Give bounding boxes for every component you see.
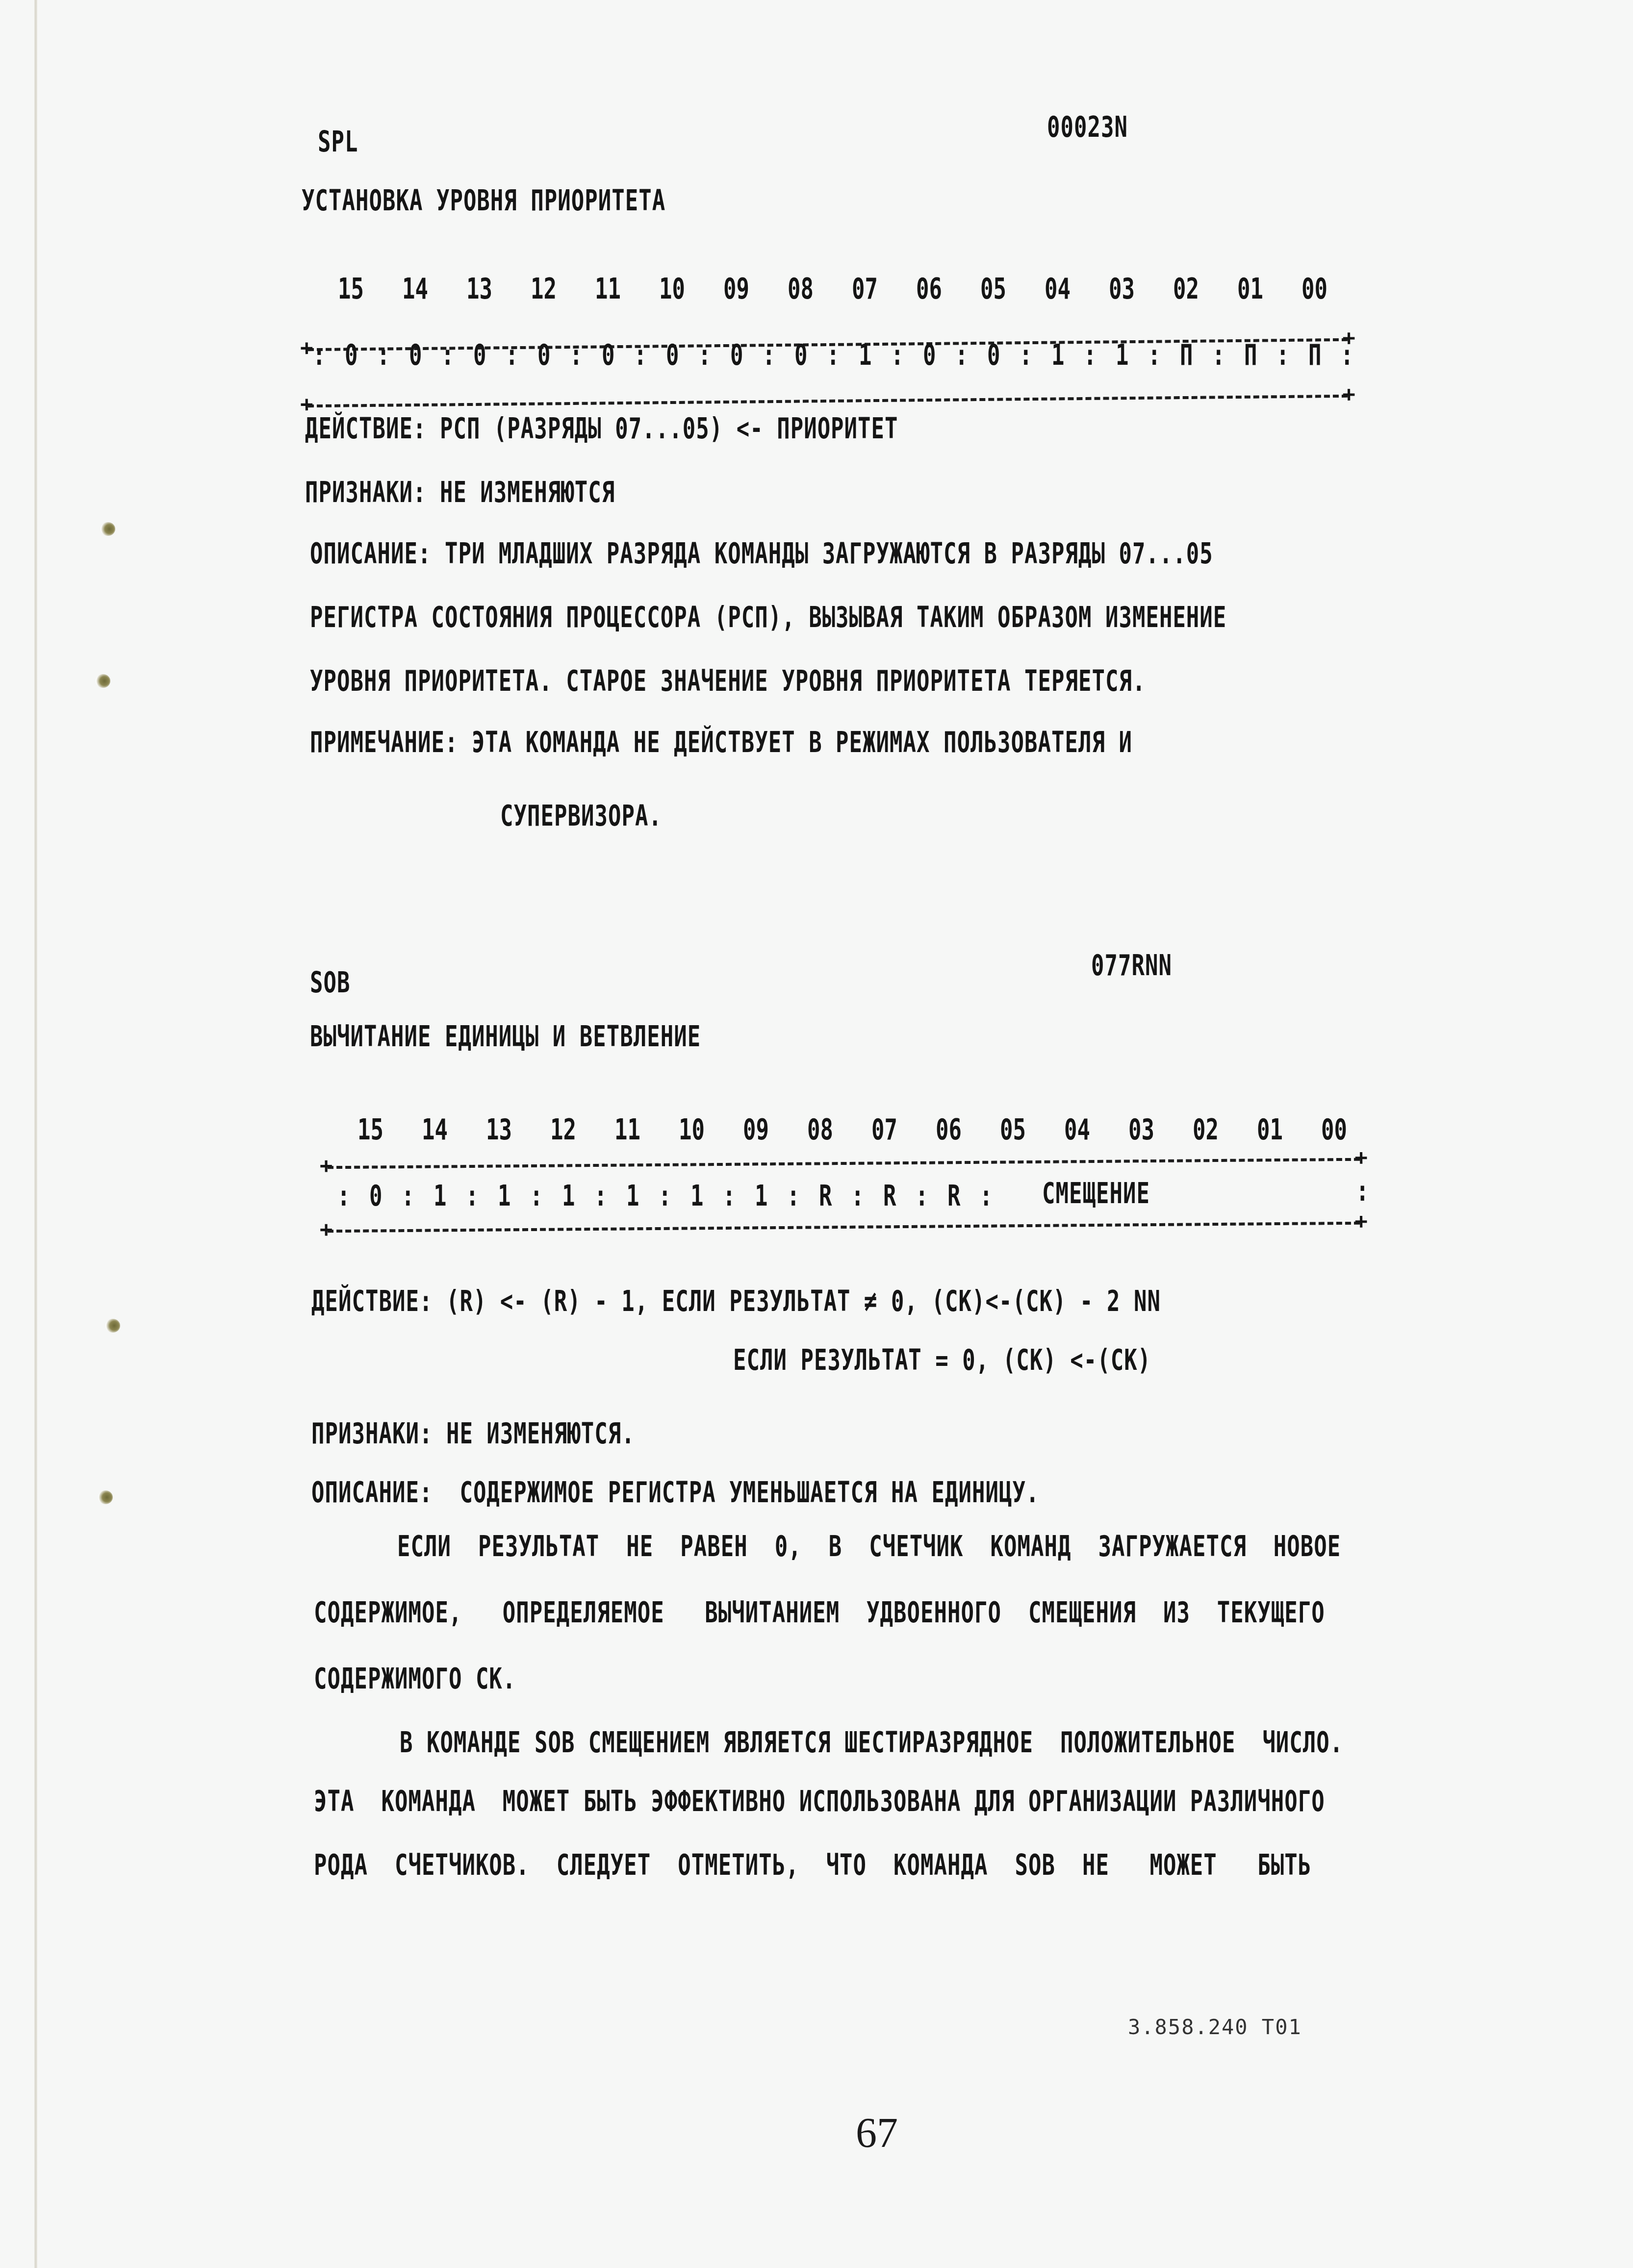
cell-separator: : [432, 338, 464, 372]
bit-number: 05 [981, 1113, 1045, 1147]
bit-number: 04 [1045, 1113, 1109, 1147]
sob-register-bottom-border [328, 1222, 1360, 1233]
bit-number: 04 [1025, 272, 1090, 306]
spl-description-line: ОПИСАНИЕ: ТРИ МЛАДШИХ РАЗРЯДА КОМАНДЫ ЗА… [310, 537, 1213, 571]
sob-title: ВЫЧИТАНИЕ ЕДИНИЦЫ И ВЕТВЛЕНИЕ [310, 1020, 701, 1054]
sob-action-continuation: ЕСЛИ РЕЗУЛЬТАТ = 0, (СК) <-(СК) [733, 1343, 1151, 1377]
cell-separator: : [328, 1179, 360, 1213]
bit-number: 08 [788, 1113, 852, 1147]
bit-number: 15 [338, 1113, 403, 1147]
bit-value: 0 [592, 338, 625, 372]
cell-separator: : [496, 338, 528, 372]
bit-value: 0 [528, 338, 561, 372]
cell-separator: : [1331, 338, 1363, 372]
sob-description-line: СОДЕРЖИМОЕ, ОПРЕДЕЛЯЕМОЕ ВЫЧИТАНИЕМ УДВО… [314, 1596, 1325, 1630]
bit-value: 0 [914, 338, 946, 372]
bit-value: 0 [360, 1179, 392, 1213]
bit-value: П [1235, 338, 1267, 372]
bit-number: 07 [852, 1113, 917, 1147]
bit-number: 09 [724, 1113, 788, 1147]
bit-number: 02 [1154, 272, 1218, 306]
bit-value: 0 [464, 338, 496, 372]
cell-separator: : [945, 338, 978, 372]
cell-separator: : [881, 338, 914, 372]
spl-title: УСТАНОВКА УРОВНЯ ПРИОРИТЕТА [302, 184, 665, 218]
sob-opcode: 077RNN [1091, 949, 1172, 983]
cell-separator: : [649, 1179, 681, 1213]
spl-note-continuation: СУПЕРВИЗОРА. [500, 799, 662, 833]
cell-separator: : [520, 1179, 553, 1213]
cell-separator: : [817, 338, 849, 372]
cell-separator: : [777, 1179, 810, 1213]
cell-separator: : [970, 1179, 1002, 1213]
cell-separator: : [456, 1179, 488, 1213]
bit-value: 1 [424, 1179, 457, 1213]
cell-separator: : [303, 338, 335, 372]
bit-value: 1 [488, 1179, 521, 1213]
spl-register-bottom-border [308, 395, 1348, 407]
sob-description-line: ОПИСАНИЕ: СОДЕРЖИМОЕ РЕГИСТРА УМЕНЬШАЕТС… [311, 1476, 1039, 1510]
sob-description-line: РОДА СЧЕТЧИКОВ. СЛЕДУЕТ ОТМЕТИТЬ, ЧТО КО… [314, 1848, 1311, 1882]
bit-value: 1 [745, 1179, 778, 1213]
bit-number: 03 [1090, 272, 1154, 306]
spl-note: ПРИМЕЧАНИЕ: ЭТА КОМАНДА НЕ ДЕЙСТВУЕТ В Р… [310, 726, 1132, 759]
bit-number: 09 [704, 272, 768, 306]
bit-number: 00 [1282, 272, 1347, 306]
bit-value: 1 [1042, 338, 1074, 372]
sob-register-top-border [328, 1158, 1360, 1169]
punch-hole [101, 522, 115, 536]
spl-opcode: 00023N [1047, 110, 1128, 144]
bit-number: 12 [531, 1113, 595, 1147]
spl-bit-values: :0:0:0:0:0:0:0:0:1:0:0:1:1:П:П:П: [303, 338, 1363, 372]
bit-value: П [1299, 338, 1331, 372]
page-edge [34, 0, 37, 2268]
bit-number: 13 [447, 272, 511, 306]
bit-value: 0 [785, 338, 817, 372]
cell-separator: : [392, 1179, 424, 1213]
bit-number: 05 [961, 272, 1025, 306]
bit-value: 0 [335, 338, 368, 372]
bit-value: 0 [657, 338, 689, 372]
bit-value: 1 [681, 1179, 714, 1213]
punch-hole [105, 1319, 120, 1333]
sob-bit-values: :0:1:1:1:1:1:1:R:R:R: [328, 1179, 1002, 1213]
bit-value: 0 [978, 338, 1010, 372]
bit-value: R [810, 1179, 842, 1213]
cell-separator: : [1010, 338, 1042, 372]
bit-number: 06 [897, 272, 961, 306]
sob-offset-label: СМЕЩЕНИЕ [1042, 1177, 1150, 1210]
spl-bit-numbers: 15141312111009080706050403020100 [319, 272, 1347, 306]
bit-value: R [874, 1179, 906, 1213]
spl-action: ДЕЙСТВИЕ: РСП (РАЗРЯДЫ 07...05) <- ПРИОР… [305, 412, 898, 446]
bit-number: 08 [768, 272, 833, 306]
bit-value: R [938, 1179, 970, 1213]
cell-separator: : [1202, 338, 1235, 372]
cell-separator: : [367, 338, 400, 372]
bit-number: 10 [660, 1113, 724, 1147]
bit-number: 14 [403, 1113, 467, 1147]
cell-separator: : [689, 338, 721, 372]
bit-value: 1 [849, 338, 882, 372]
cell-separator: : [1138, 338, 1171, 372]
cell-separator: : [1267, 338, 1299, 372]
cell-separator: : [713, 1179, 745, 1213]
bit-value: 0 [721, 338, 753, 372]
spl-description-line: УРОВНЯ ПРИОРИТЕТА. СТАРОЕ ЗНАЧЕНИЕ УРОВН… [310, 664, 1146, 698]
bit-number: 01 [1218, 272, 1282, 306]
bit-number: 11 [576, 272, 640, 306]
bit-number: 15 [319, 272, 383, 306]
cell-separator: : [906, 1179, 938, 1213]
bit-value: 1 [617, 1179, 649, 1213]
bit-value: 0 [400, 338, 432, 372]
spl-description-line: РЕГИСТРА СОСТОЯНИЯ ПРОЦЕССОРА (РСП), ВЫЗ… [310, 601, 1226, 634]
bit-number: 13 [467, 1113, 531, 1147]
punch-hole [96, 674, 110, 688]
page-number: 67 [856, 2108, 898, 2157]
sob-mnemonic: SOB [310, 966, 350, 1000]
sob-description-line: ЭТА КОМАНДА МОЖЕТ БЫТЬ ЭФФЕКТИВНО ИСПОЛЬ… [314, 1785, 1325, 1818]
sob-flags: ПРИЗНАКИ: НЕ ИЗМЕНЯЮТСЯ. [311, 1417, 635, 1451]
sob-action: ДЕЙСТВИЕ: (R) <- (R) - 1, ЕСЛИ РЕЗУЛЬТАТ… [311, 1285, 1161, 1318]
spl-flags: ПРИЗНАКИ: НЕ ИЗМЕНЯЮТСЯ [305, 476, 615, 509]
cell-separator: : [585, 1179, 617, 1213]
bit-number: 14 [383, 272, 447, 306]
document-code: 3.858.240 Т01 [1128, 2015, 1302, 2039]
cell-separator: : [560, 338, 592, 372]
cell-separator: : [842, 1179, 874, 1213]
bit-number: 11 [595, 1113, 660, 1147]
cell-separator: : [753, 338, 785, 372]
sob-description-line: В КОМАНДЕ SOB СМЕЩЕНИЕМ ЯВЛЯЕТСЯ ШЕСТИРА… [400, 1726, 1343, 1760]
bit-number: 06 [917, 1113, 981, 1147]
cell-separator: : [624, 338, 657, 372]
sob-description-line: СОДЕРЖИМОГО СК. [314, 1662, 516, 1696]
spl-mnemonic: SPL [318, 125, 358, 159]
bit-number: 00 [1302, 1113, 1366, 1147]
bit-value: 1 [553, 1179, 585, 1213]
sob-description-line: ЕСЛИ РЕЗУЛЬТАТ НЕ РАВЕН 0, В СЧЕТЧИК КОМ… [397, 1530, 1341, 1563]
cell-separator: : [1074, 338, 1106, 372]
bit-number: 07 [833, 272, 897, 306]
punch-hole [98, 1490, 113, 1504]
bit-number: 01 [1238, 1113, 1302, 1147]
bit-number: 03 [1109, 1113, 1174, 1147]
bit-number: 02 [1174, 1113, 1238, 1147]
bit-number: 12 [511, 272, 576, 306]
bit-value: П [1171, 338, 1203, 372]
sob-bit-numbers: 15141312111009080706050403020100 [338, 1113, 1366, 1147]
bit-value: 1 [1106, 338, 1139, 372]
sob-register-right-edge: : [1356, 1174, 1370, 1208]
bit-number: 10 [640, 272, 704, 306]
